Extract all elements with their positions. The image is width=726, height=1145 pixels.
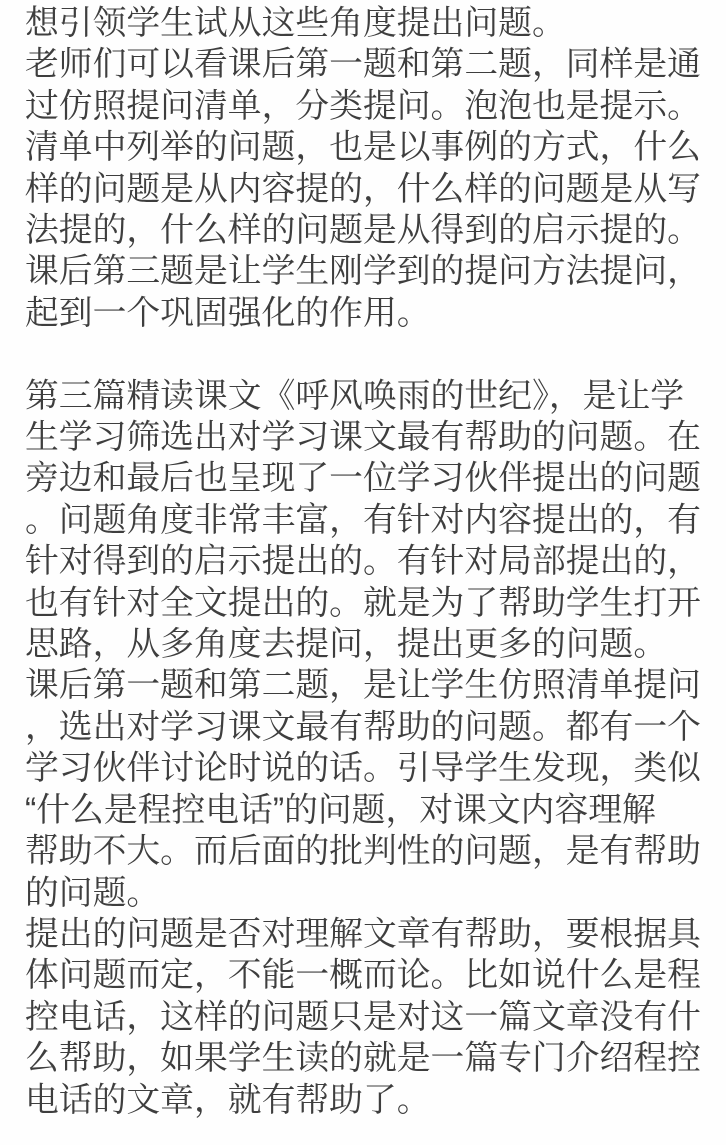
text-line: 法提的，什么样的问题是从得到的启示提的。 (25, 210, 706, 251)
page: { "page": { "background_color": "#fefefe… (0, 0, 726, 1145)
text-line: 思路，从多角度去提问，提出更多的问题。 (25, 624, 706, 665)
text-line: 起到一个巩固强化的作用。 (25, 293, 706, 334)
text-line: 清单中列举的问题，也是以事例的方式，什么 (25, 127, 706, 168)
text-line: 想引领学生试从这些角度提出问题。 (25, 3, 706, 44)
text-line: 帮助不大。而后面的批判性的问题，是有帮助 (25, 831, 706, 872)
text-line: 课后第三题是让学生刚学到的提问方法提问， (25, 251, 706, 292)
text-line: ，选出对学习课文最有帮助的问题。都有一个 (25, 707, 706, 748)
text-line: 提出的问题是否对理解文章有帮助，要根据具 (25, 914, 706, 955)
text-line: 学习伙伴讨论时说的话。引导学生发现，类似 (25, 748, 706, 789)
text-line: 么帮助，如果学生读的就是一篇专门介绍程控 (25, 1038, 706, 1079)
text-line: 。问题角度非常丰富，有针对内容提出的，有 (25, 500, 706, 541)
text-line: 第三篇精读课文《呼风唤雨的世纪》，是让学 (25, 376, 706, 417)
text-line: 旁边和最后也呈现了一位学习伙伴提出的问题 (25, 458, 706, 499)
text-line: 体问题而定，不能一概而论。比如说什么是程 (25, 955, 706, 996)
text-line: 样的问题是从内容提的，什么样的问题是从写 (25, 169, 706, 210)
text-document: 想引领学生试从这些角度提出问题。老师们可以看课后第一题和第二题，同样是通过仿照提… (0, 0, 726, 1121)
text-line: 电话的文章，就有帮助了。 (25, 1080, 706, 1121)
text-line: “什么是程控电话”的问题，对课文内容理解 (25, 790, 706, 831)
text-line: 也有针对全文提出的。就是为了帮助学生打开 (25, 583, 706, 624)
text-line: 老师们可以看课后第一题和第二题，同样是通 (25, 44, 706, 85)
text-line: 生学习筛选出对学习课文最有帮助的问题。在 (25, 417, 706, 458)
paragraph-gap (25, 334, 706, 375)
text-line: 的问题。 (25, 873, 706, 914)
text-line: 课后第一题和第二题，是让学生仿照清单提问 (25, 665, 706, 706)
text-line: 针对得到的启示提出的。有针对局部提出的， (25, 541, 706, 582)
text-line: 控电话，这样的问题只是对这一篇文章没有什 (25, 997, 706, 1038)
text-line: 过仿照提问清单，分类提问。泡泡也是提示。 (25, 86, 706, 127)
